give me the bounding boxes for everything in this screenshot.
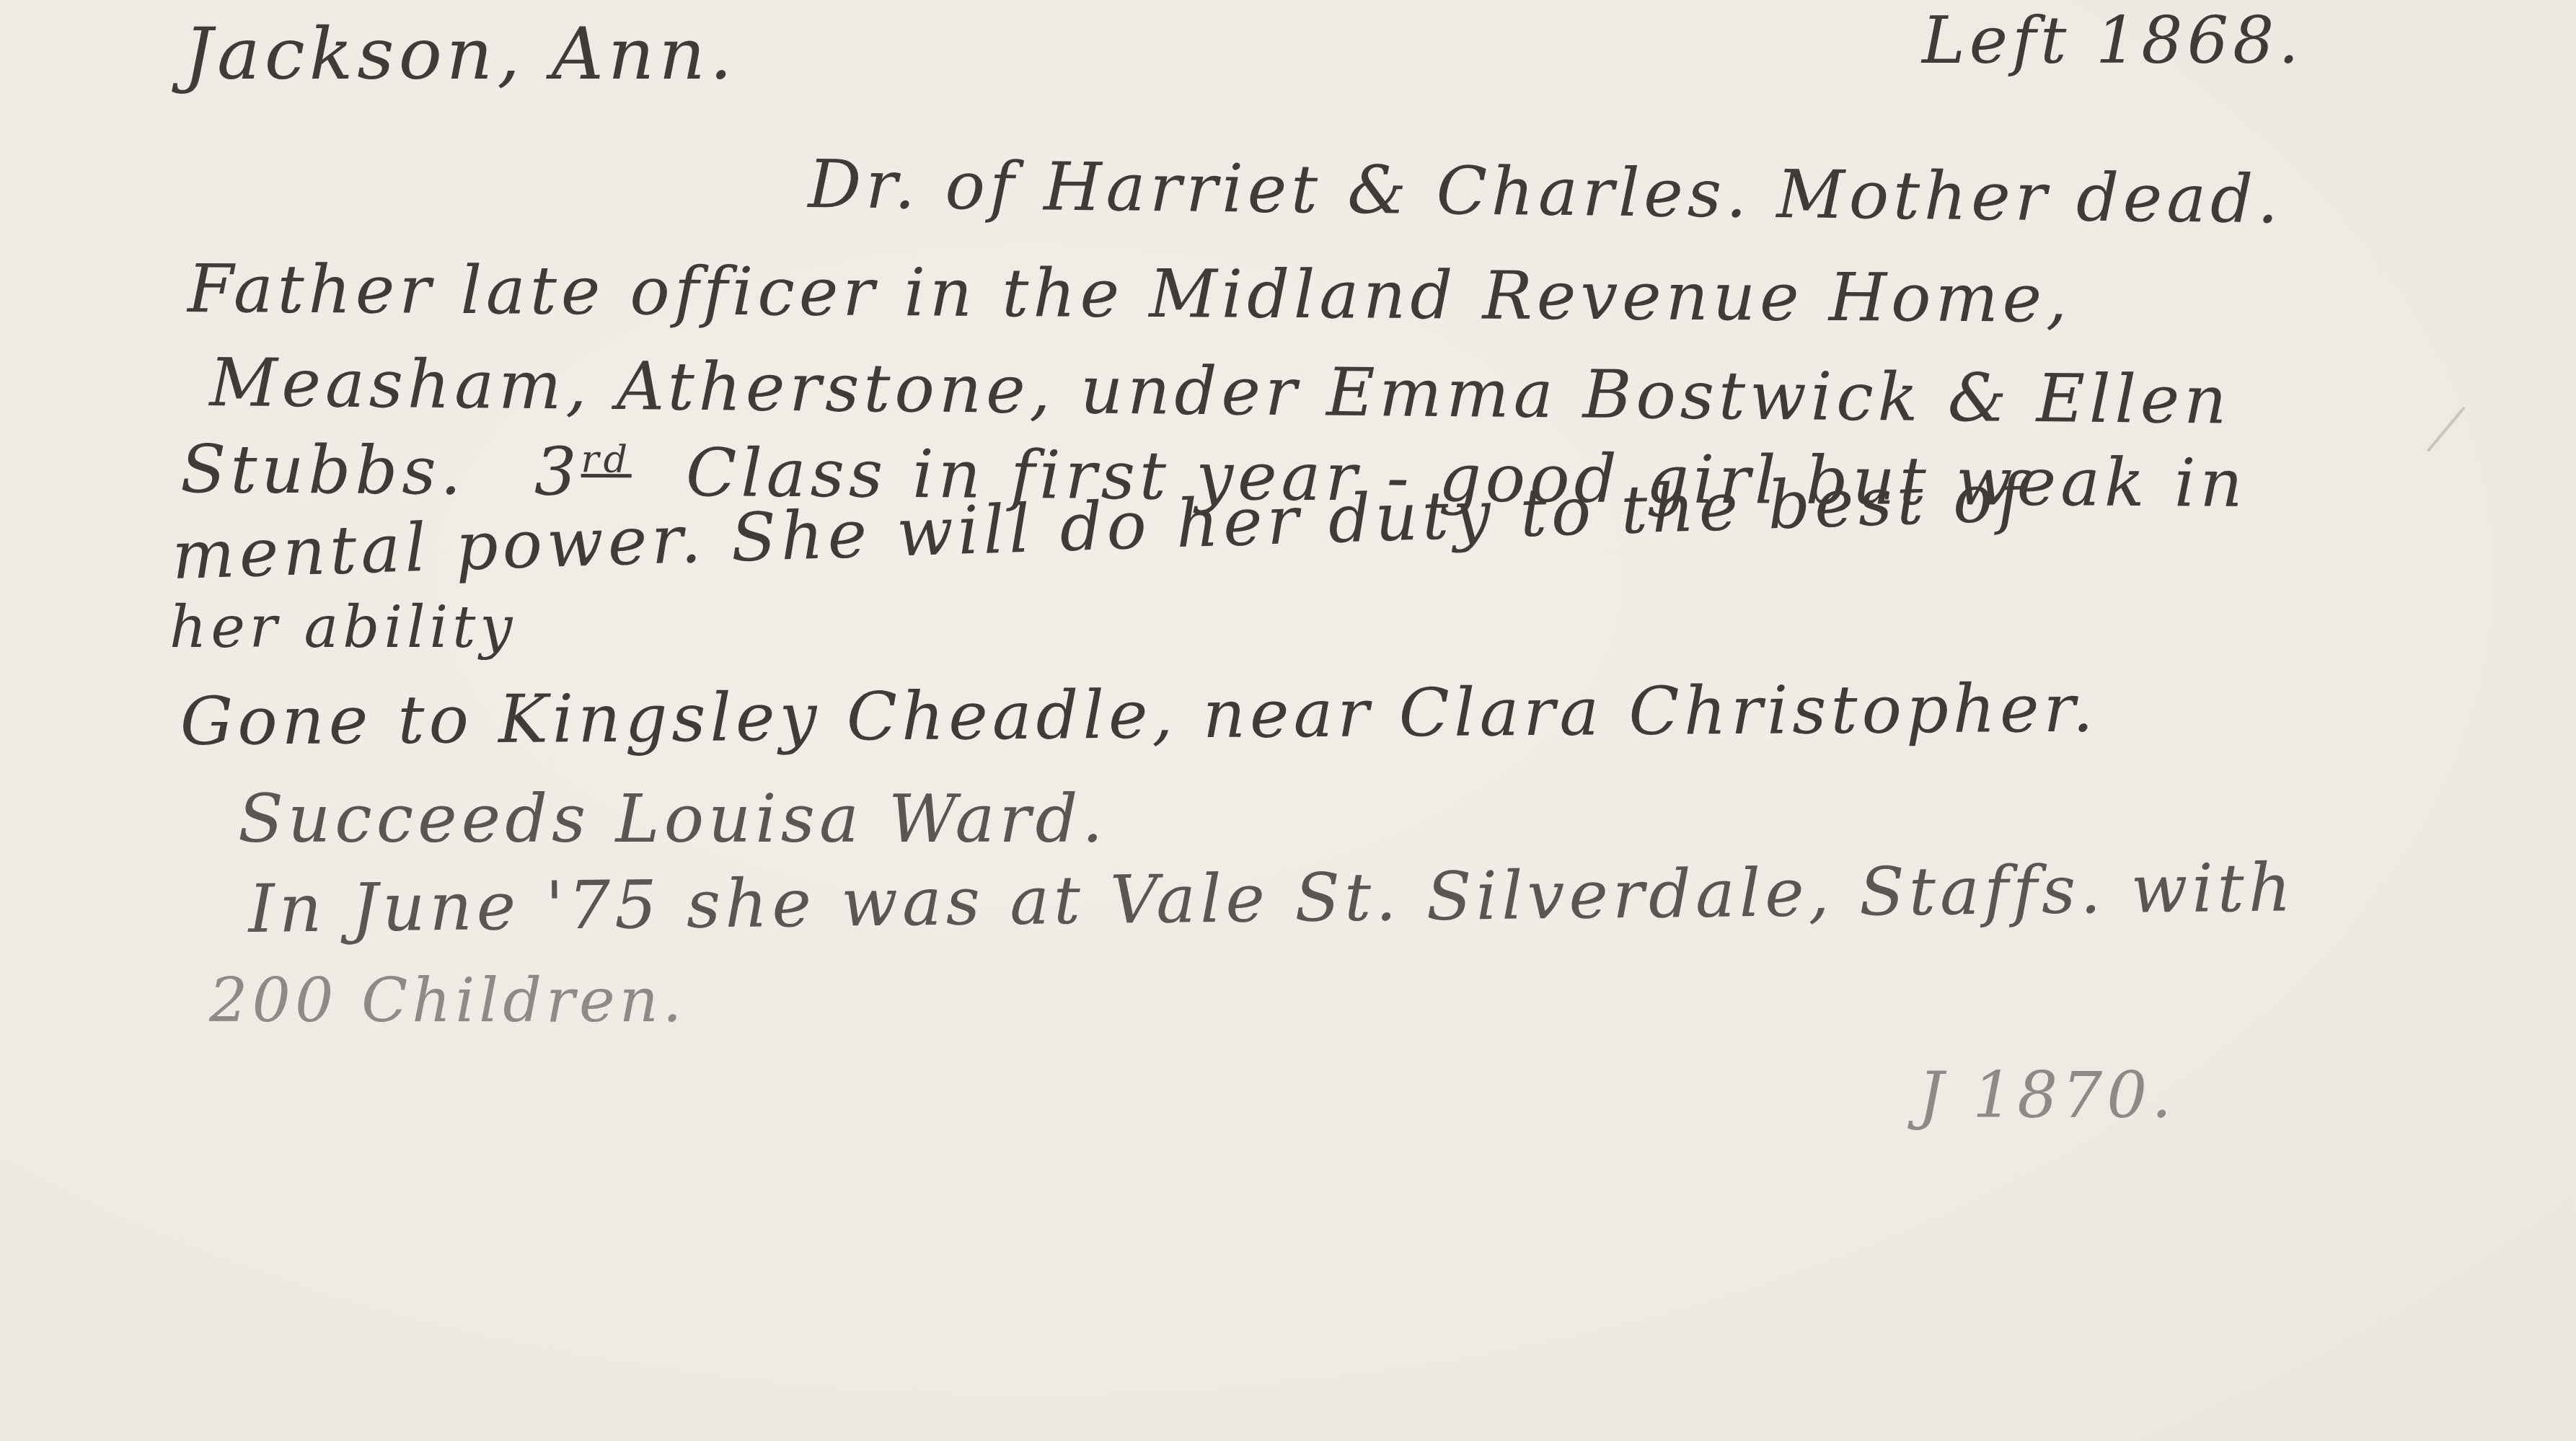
record-line-parents: Dr. of Harriet & Charles. Mother dead. xyxy=(808,151,2283,233)
record-line-measham: Measham, Atherstone, under Emma Bostwick… xyxy=(209,350,2231,433)
record-left-date: Left 1868. xyxy=(1922,9,2303,74)
class-ordinal: 3rd xyxy=(534,433,658,511)
record-line-ability: her ability xyxy=(169,599,517,656)
record-line-succeeds: Succeeds Louisa Ward. xyxy=(238,786,1108,852)
handwritten-record-page: Jackson, Ann. Left 1868. Dr. of Harriet … xyxy=(0,0,2576,1441)
stray-pencil-mark xyxy=(2427,406,2466,452)
stubbs-text: Stubbs. xyxy=(180,431,466,510)
record-line-june-75: In June '75 she was at Vale St. Silverda… xyxy=(248,855,2295,943)
record-line-children: 200 Children. xyxy=(209,970,687,1031)
class-ordinal-number: 3 xyxy=(534,433,581,510)
record-line-father: Father late officer in the Midland Reven… xyxy=(188,256,2072,332)
footer-mark: J 1870. xyxy=(1918,1064,2176,1127)
record-line-gone-to: Gone to Kingsley Cheadle, near Clara Chr… xyxy=(180,675,2098,755)
record-name: Jackson, Ann. xyxy=(184,18,737,90)
class-ordinal-suffix: rd xyxy=(581,438,632,481)
